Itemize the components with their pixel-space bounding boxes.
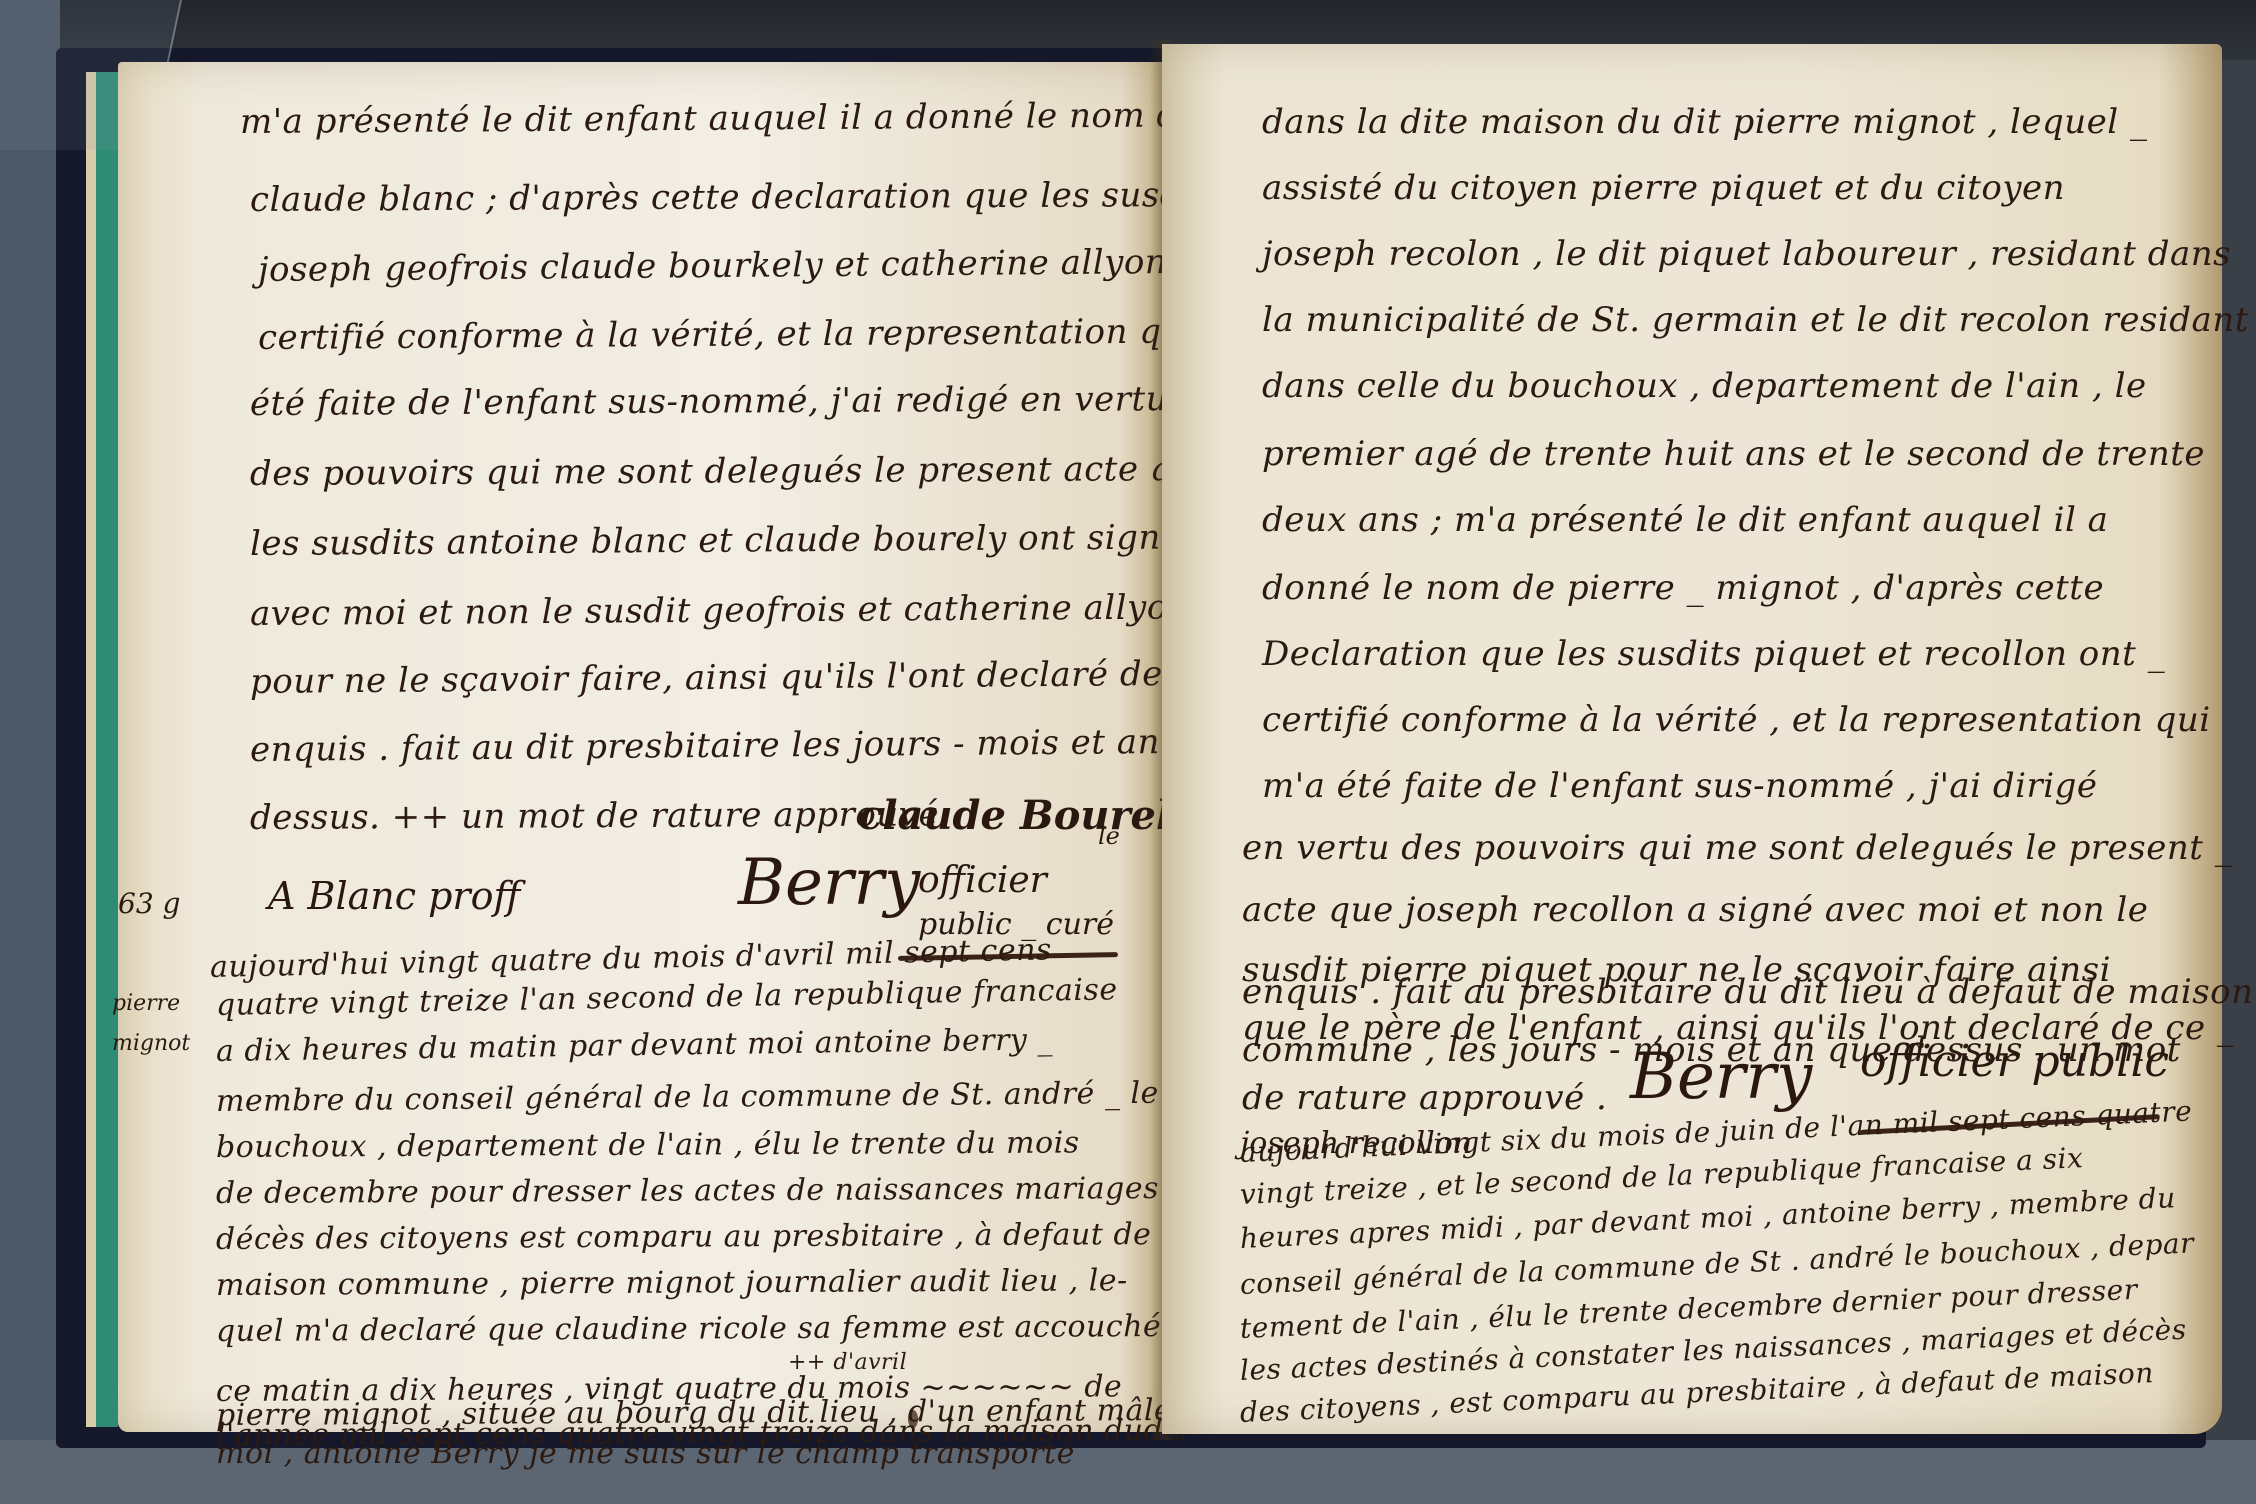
text-line: premier agé de trente huit ans et le sec… xyxy=(1262,434,2205,474)
text-line: quel m'a declaré que claudine ricole sa … xyxy=(216,1309,1180,1349)
cover-edge-cream xyxy=(86,72,96,1427)
left-page: m'a présenté le dit enfant auquel il a d… xyxy=(118,62,1162,1432)
text-line: décès des citoyens est comparu au presbi… xyxy=(216,1217,1152,1257)
text-line: les susdits antoine blanc et claude bour… xyxy=(250,517,1182,564)
text-line: a dix heures du matin par devant moi ant… xyxy=(216,1022,1053,1069)
text-line: deux ans ; m'a présenté le dit enfant au… xyxy=(1262,500,2108,540)
cover-edge-green-stripe xyxy=(96,72,118,1427)
text-line: membre du conseil général de la commune … xyxy=(216,1076,1159,1119)
signature-claude-bourel: claude Bourel xyxy=(858,792,1171,839)
signature-officer-title: officier public xyxy=(1860,1036,2169,1087)
text-line: pierre mignot , située au bourg du dit l… xyxy=(216,1393,1172,1433)
text-line: moi , antoine Berry je me suis sur le ch… xyxy=(216,1436,1075,1471)
text-line: Declaration que les susdits piquet et re… xyxy=(1262,634,2165,674)
margin-name-last: mignot xyxy=(112,1030,190,1058)
signature-berry: Berry xyxy=(738,846,920,920)
signature-officer-title: officier xyxy=(918,860,1047,901)
text-line: avec moi et non le susdit geofrois et ca… xyxy=(250,587,1190,634)
text-line: dans celle du bouchoux , departement de … xyxy=(1262,366,2147,406)
text-line: acte que joseph recollon a signé avec mo… xyxy=(1242,890,2148,930)
text-line: joseph recolon , le dit piquet laboureur… xyxy=(1262,234,2231,274)
text-line: en vertu des pouvoirs qui me sont delegu… xyxy=(1242,828,2232,868)
text-line: certifié conforme à la vérité, et la rep… xyxy=(258,311,1270,358)
text-line: m'a été faite de l'enfant sus-nommé , j'… xyxy=(1262,766,2098,806)
text-line: pour ne le sçavoir faire, ainsi qu'ils l… xyxy=(250,654,1215,702)
text-line: donné le nom de pierre _ mignot , d'aprè… xyxy=(1262,568,2104,608)
signature-berry: Berry xyxy=(1630,1040,1812,1114)
text-line: assisté du citoyen pierre piquet et du c… xyxy=(1262,168,2065,208)
text-line: été faite de l'enfant sus-nommé, j'ai re… xyxy=(250,379,1168,424)
text-line: de decembre pour dresser les actes de na… xyxy=(216,1171,1200,1211)
text-line: claude blanc ; d'après cette declaration… xyxy=(250,175,1226,220)
text-line: joseph geofrois claude bourkely et cathe… xyxy=(258,241,1236,290)
text-line: dessus. ++ un mot de rature approuvé . xyxy=(250,794,962,838)
signature-a-blanc: A Blanc proff xyxy=(268,874,520,918)
text-line: dans la dite maison du dit pierre mignot… xyxy=(1262,102,2147,142)
margin-name-first: pierre xyxy=(112,990,180,1018)
backdrop-left xyxy=(0,0,60,1504)
text-line: des pouvoirs qui me sont delegués le pre… xyxy=(250,449,1215,494)
text-line: maison commune , pierre mignot journalie… xyxy=(216,1263,1128,1303)
text-line: enquis . fait au dit presbitaire les jou… xyxy=(250,721,1237,770)
margin-entry-number: 63 g xyxy=(118,890,180,918)
text-line: certifié conforme à la vérité , et la re… xyxy=(1262,700,2211,740)
text-line: la municipalité de St. germain et le dit… xyxy=(1262,300,2249,340)
text-line: m'a présenté le dit enfant auquel il a d… xyxy=(240,95,1200,142)
signature-superscript: le xyxy=(1098,822,1120,850)
text-line: bouchoux , departement de l'ain , élu le… xyxy=(216,1125,1080,1165)
text-line: de rature approuvé . xyxy=(1242,1078,1607,1118)
text-line: enquis . fait au presbitaire du dit lieu… xyxy=(1242,972,2254,1012)
